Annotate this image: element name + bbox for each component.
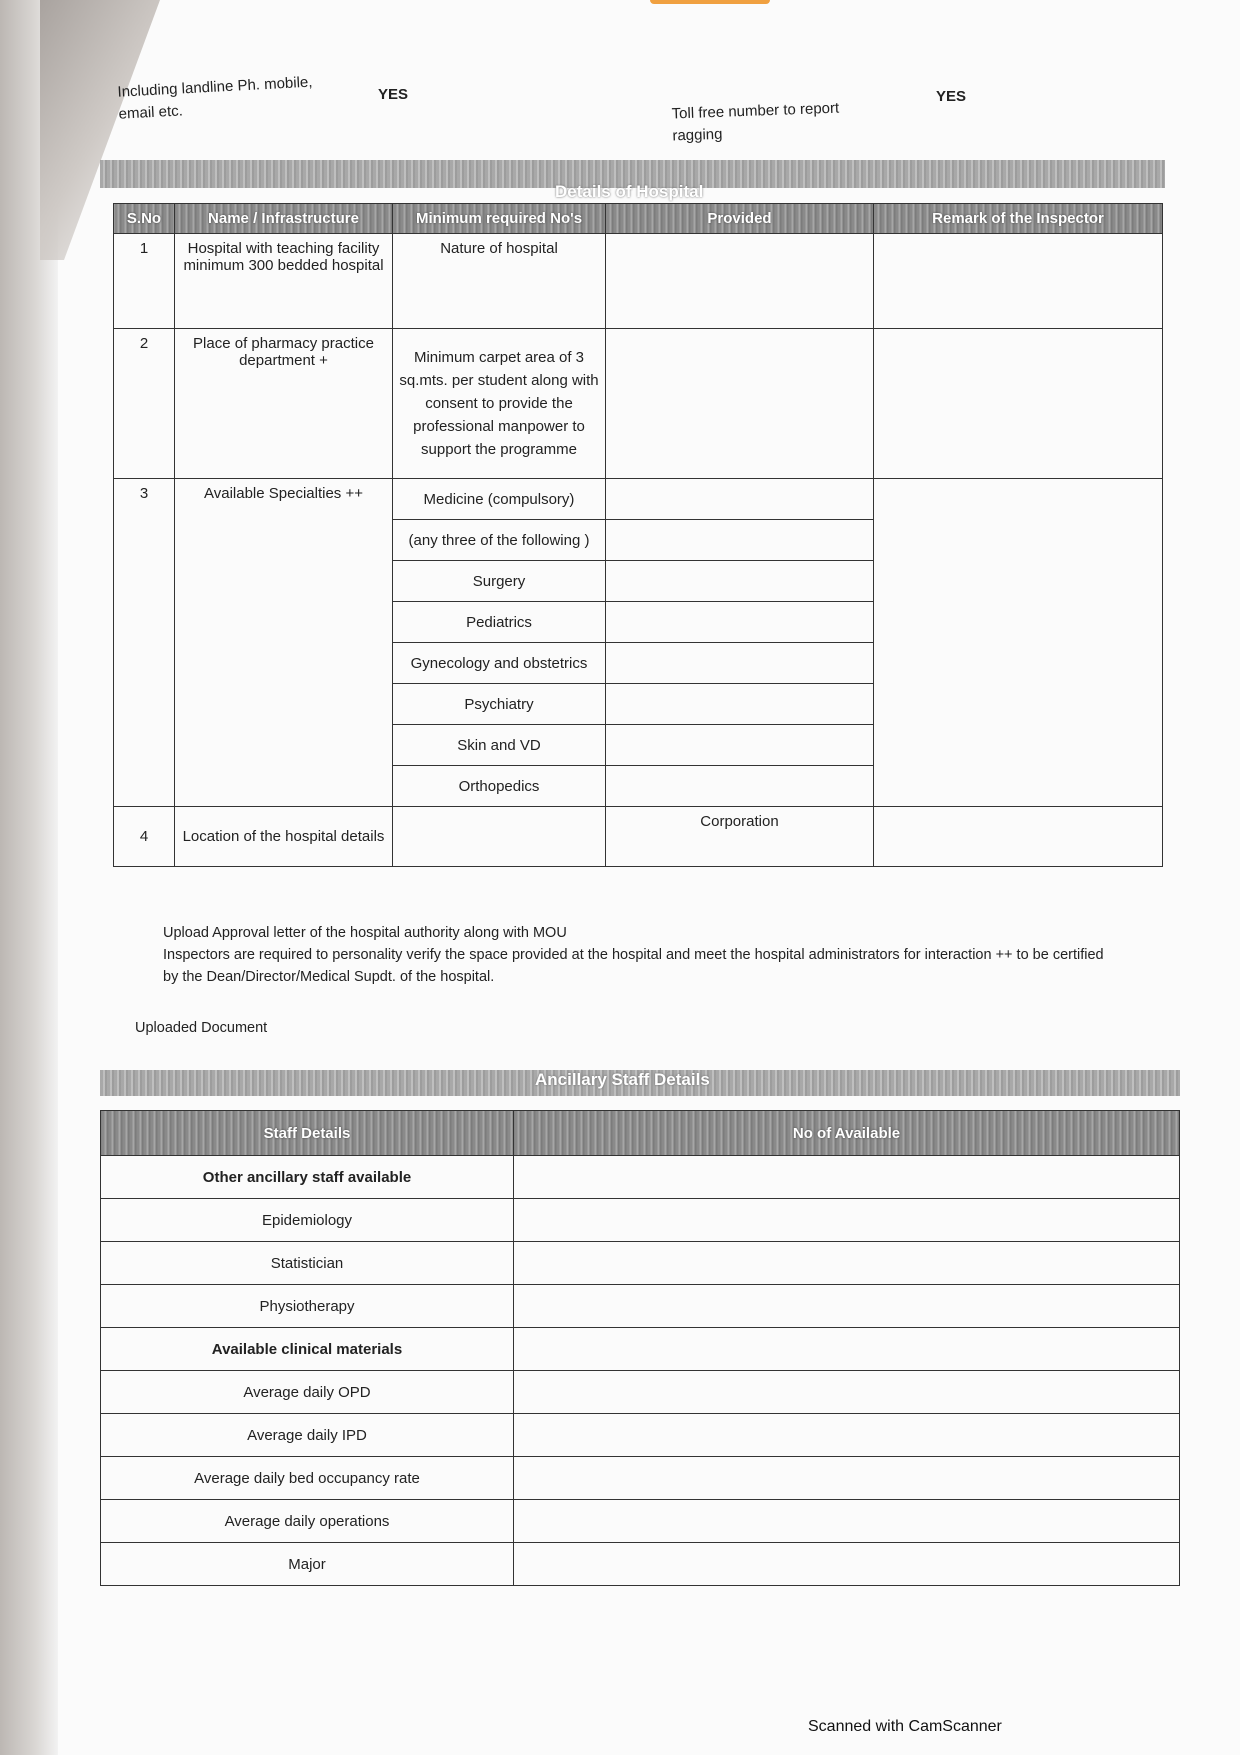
staff-value[interactable] [514,1285,1180,1328]
table-row: Available clinical materials [101,1328,1180,1371]
staff-label: Average daily OPD [101,1371,514,1414]
table-row: Average daily bed occupancy rate [101,1457,1180,1500]
col-minimum: Minimum required No's [393,204,606,234]
staff-value[interactable] [514,1414,1180,1457]
name-cell: Place of pharmacy practice department + [175,329,393,479]
uploaded-document-label[interactable]: Uploaded Document [135,1020,267,1036]
table-row: Average daily operations [101,1500,1180,1543]
col-no-available: No of Available [514,1111,1180,1156]
staff-label: Epidemiology [101,1199,514,1242]
hospital-table-header: S.No Name / Infrastructure Minimum requi… [114,204,1163,234]
provided-cell[interactable] [606,520,874,561]
contact-label: Including landline Ph. mobile, email etc… [117,70,339,125]
table-row: 4 Location of the hospital details Corpo… [114,807,1163,867]
staff-table-header: Staff Details No of Available [101,1111,1180,1156]
provided-cell[interactable] [606,234,874,329]
provided-cell[interactable] [606,479,874,520]
staff-label: Average daily IPD [101,1414,514,1457]
hospital-table: S.No Name / Infrastructure Minimum requi… [113,203,1163,867]
table-row: Other ancillary staff available [101,1156,1180,1199]
table-row: Statistician [101,1242,1180,1285]
page-edge-shadow [0,0,58,1755]
staff-label: Physiotherapy [101,1285,514,1328]
top-decoration [650,0,770,4]
table-row: 3 Available Specialties ++ Medicine (com… [114,479,1163,520]
table-row: Average daily IPD [101,1414,1180,1457]
name-cell: Available Specialties ++ [175,479,393,807]
remark-cell[interactable] [874,479,1163,807]
hospital-section-title: Details of Hospital [555,182,703,202]
minimum-cell [393,807,606,867]
tollfree-label: Toll free number to report ragging [671,97,872,148]
table-row: Epidemiology [101,1199,1180,1242]
provided-cell[interactable] [606,643,874,684]
staff-value[interactable] [514,1242,1180,1285]
specialty-item: Orthopedics [393,766,606,807]
col-staff-details: Staff Details [101,1111,514,1156]
scanner-watermark: Scanned with CamScanner [808,1718,1002,1736]
remark-cell[interactable] [874,234,1163,329]
specialty-item: Skin and VD [393,725,606,766]
staff-label: Available clinical materials [101,1328,514,1371]
col-provided: Provided [606,204,874,234]
note-inspectors: Inspectors are required to personality v… [163,944,1163,966]
table-row: Physiotherapy [101,1285,1180,1328]
table-row: Average daily OPD [101,1371,1180,1414]
sno-cell: 1 [114,234,175,329]
col-name: Name / Infrastructure [175,204,393,234]
staff-label: Average daily bed occupancy rate [101,1457,514,1500]
note-certified: by the Dean/Director/Medical Supdt. of t… [163,966,1163,988]
provided-cell[interactable]: Corporation [606,807,874,867]
staff-value[interactable] [514,1457,1180,1500]
staff-value[interactable] [514,1500,1180,1543]
provided-cell[interactable] [606,725,874,766]
staff-value[interactable] [514,1371,1180,1414]
note-upload: Upload Approval letter of the hospital a… [163,922,1163,944]
provided-cell[interactable] [606,329,874,479]
staff-label: Average daily operations [101,1500,514,1543]
staff-value[interactable] [514,1543,1180,1586]
staff-value[interactable] [514,1328,1180,1371]
specialty-item: Gynecology and obstetrics [393,643,606,684]
staff-value[interactable] [514,1156,1180,1199]
contact-value: YES [378,84,408,106]
specialty-item: (any three of the following ) [393,520,606,561]
name-cell: Location of the hospital details [175,807,393,867]
col-sno: S.No [114,204,175,234]
minimum-cell: Nature of hospital [393,234,606,329]
minimum-cell: Minimum carpet area of 3 sq.mts. per stu… [393,329,606,479]
remark-cell[interactable] [874,329,1163,479]
table-row: Major [101,1543,1180,1586]
col-remark: Remark of the Inspector [874,204,1163,234]
sno-cell: 4 [114,807,175,867]
hospital-notes: Upload Approval letter of the hospital a… [163,922,1163,988]
staff-label: Other ancillary staff available [101,1156,514,1199]
staff-label: Major [101,1543,514,1586]
table-row: 2 Place of pharmacy practice department … [114,329,1163,479]
staff-table: Staff Details No of Available Other anci… [100,1110,1180,1586]
specialty-item: Psychiatry [393,684,606,725]
remark-cell[interactable] [874,807,1163,867]
specialty-item: Medicine (compulsory) [393,479,606,520]
staff-value[interactable] [514,1199,1180,1242]
name-cell: Hospital with teaching facility minimum … [175,234,393,329]
sno-cell: 3 [114,479,175,807]
table-row: 1 Hospital with teaching facility minimu… [114,234,1163,329]
staff-label: Statistician [101,1242,514,1285]
provided-cell[interactable] [606,766,874,807]
provided-cell[interactable] [606,684,874,725]
specialty-item: Pediatrics [393,602,606,643]
provided-cell[interactable] [606,602,874,643]
tollfree-value: YES [936,86,966,108]
specialty-item: Surgery [393,561,606,602]
provided-cell[interactable] [606,561,874,602]
sno-cell: 2 [114,329,175,479]
staff-section-title: Ancillary Staff Details [535,1070,710,1090]
